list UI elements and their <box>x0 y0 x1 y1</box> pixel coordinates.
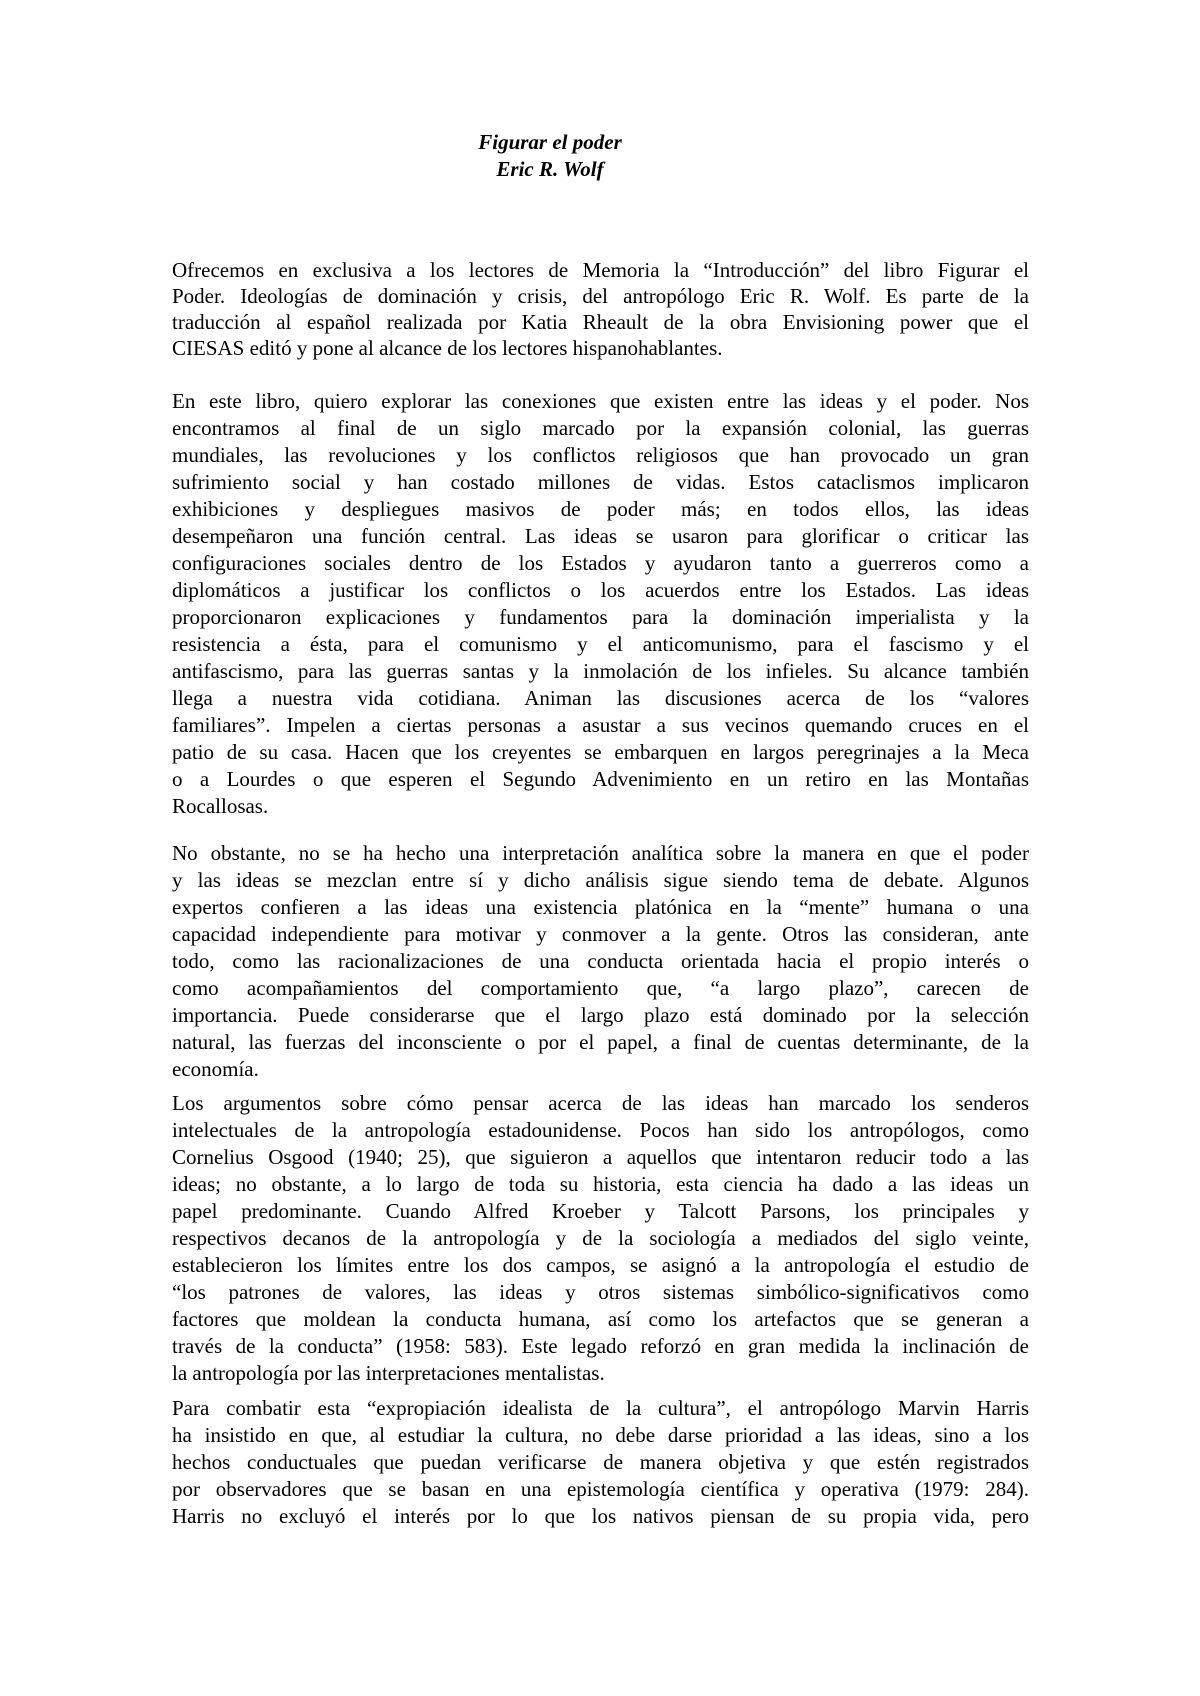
document-author: Eric R. Wolf <box>0 156 1100 183</box>
text-line: respectivos decanos de la antropología y… <box>172 1225 1029 1252</box>
text-line: mundiales, las revoluciones y los confli… <box>172 442 1029 469</box>
paragraph-ideas-poder: En este libro, quiero explorar las conex… <box>172 388 1029 820</box>
text-line: antifascismo, para las guerras santas y … <box>172 658 1029 685</box>
text-line: natural, las fuerzas del inconsciente o … <box>172 1029 1029 1056</box>
text-line: por observadores que se basan en una epi… <box>172 1476 1029 1503</box>
text-line: diplomáticos a justificar los conflictos… <box>172 577 1029 604</box>
text-line: establecieron los límites entre los dos … <box>172 1252 1029 1279</box>
text-line: la antropología por las interpretaciones… <box>172 1360 1029 1387</box>
text-line: papel predominante. Cuando Alfred Kroebe… <box>172 1198 1029 1225</box>
text-line: llega a nuestra vida cotidiana. Animan l… <box>172 685 1029 712</box>
text-line: familiares”. Impelen a ciertas personas … <box>172 712 1029 739</box>
document-page: Figurar el poder Eric R. Wolf Ofrecemos … <box>0 0 1200 1696</box>
text-line: Harris no excluyó el interés por lo que … <box>172 1503 1029 1530</box>
text-line: todo, como las racionalizaciones de una … <box>172 948 1029 975</box>
text-line: En este libro, quiero explorar las conex… <box>172 388 1029 415</box>
text-line: proporcionaron explicaciones y fundament… <box>172 604 1029 631</box>
text-line: expertos confieren a las ideas una exist… <box>172 894 1029 921</box>
text-line: intelectuales de la antropología estadou… <box>172 1117 1029 1144</box>
text-line: factores que moldean la conducta humana,… <box>172 1306 1029 1333</box>
text-line: Cornelius Osgood (1940; 25), que siguier… <box>172 1144 1029 1171</box>
text-line: desempeñaron una función central. Las id… <box>172 523 1029 550</box>
text-line: hechos conductuales que puedan verificar… <box>172 1449 1029 1476</box>
text-line: y las ideas se mezclan entre sí y dicho … <box>172 867 1029 894</box>
text-line: exhibiciones y despliegues masivos de po… <box>172 496 1029 523</box>
text-line: sufrimiento social y han costado millone… <box>172 469 1029 496</box>
text-line: Ofrecemos en exclusiva a los lectores de… <box>172 257 1029 283</box>
text-line: Para combatir esta “expropiación idealis… <box>172 1395 1029 1422</box>
text-line: como acompañamientos del comportamiento … <box>172 975 1029 1002</box>
paragraph-argumentos: Los argumentos sobre cómo pensar acerca … <box>172 1090 1029 1387</box>
text-line: capacidad independiente para motivar y c… <box>172 921 1029 948</box>
text-line: Los argumentos sobre cómo pensar acerca … <box>172 1090 1029 1117</box>
text-line: ha insistido en que, al estudiar la cult… <box>172 1422 1029 1449</box>
text-line: encontramos al final de un siglo marcado… <box>172 415 1029 442</box>
paragraph-harris: Para combatir esta “expropiación idealis… <box>172 1395 1029 1530</box>
text-line: economía. <box>172 1056 1029 1083</box>
paragraph-no-obstante: No obstante, no se ha hecho una interpre… <box>172 840 1029 1083</box>
text-line: resistencia a ésta, para el comunismo y … <box>172 631 1029 658</box>
text-line: configuraciones sociales dentro de los E… <box>172 550 1029 577</box>
document-title: Figurar el poder <box>0 129 1100 156</box>
text-line: No obstante, no se ha hecho una interpre… <box>172 840 1029 867</box>
text-line: o a Lourdes o que esperen el Segundo Adv… <box>172 766 1029 793</box>
text-line: patio de su casa. Hacen que los creyente… <box>172 739 1029 766</box>
text-line: “los patrones de valores, las ideas y ot… <box>172 1279 1029 1306</box>
text-line: Poder. Ideologías de dominación y crisis… <box>172 283 1029 309</box>
text-line: Rocallosas. <box>172 793 1029 820</box>
text-line: importancia. Puede considerarse que el l… <box>172 1002 1029 1029</box>
text-line: traducción al español realizada por Kati… <box>172 309 1029 335</box>
text-line: ideas; no obstante, a lo largo de toda s… <box>172 1171 1029 1198</box>
text-line: través de la conducta” (1958: 583). Este… <box>172 1333 1029 1360</box>
title-block: Figurar el poder Eric R. Wolf <box>0 129 1100 183</box>
text-line: CIESAS editó y pone al alcance de los le… <box>172 335 1029 361</box>
paragraph-intro: Ofrecemos en exclusiva a los lectores de… <box>172 257 1029 361</box>
